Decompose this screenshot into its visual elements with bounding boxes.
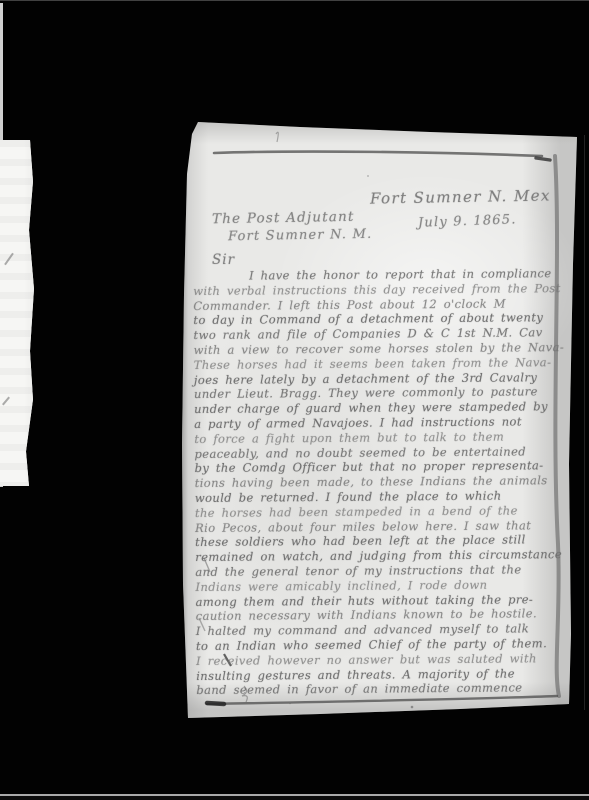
- addressee-line2: Fort Sumner N. M.: [228, 227, 373, 245]
- manuscript-line: tions having been made, to these Indians…: [195, 473, 567, 491]
- manuscript-line: I halted my command and advanced myself …: [196, 621, 568, 639]
- microfilm-scan: Fort Sumner N. Mex July 9. 1865. The Pos…: [0, 0, 589, 800]
- speck: [367, 175, 369, 177]
- adjacent-page-strip: [0, 140, 36, 486]
- film-bottom-band: [0, 796, 589, 800]
- heading-place: Fort Sumner N. Mex: [370, 186, 551, 207]
- top-fold-corner-mark: [536, 158, 550, 160]
- manuscript-line: band seemed in favor of an immediate com…: [196, 680, 568, 698]
- manuscript-line: peaceably, and no doubt seemed to be ent…: [194, 444, 566, 462]
- manuscript-line: under Lieut. Bragg. They were commonly t…: [194, 384, 566, 402]
- manuscript-line: Rio Pecos, about four miles below here. …: [195, 518, 567, 536]
- manuscript-line: These horses had it seems been taken fro…: [194, 355, 566, 373]
- letter-page: Fort Sumner N. Mex July 9. 1865. The Pos…: [180, 114, 580, 720]
- heading-date: July 9. 1865.: [418, 212, 517, 230]
- manuscript-line: Commander. I left this Post about 12 o'c…: [193, 296, 565, 314]
- top-fold-line: [214, 152, 542, 156]
- addressee-line1: The Post Adjutant: [212, 209, 355, 227]
- film-right-faint-line: [584, 135, 585, 710]
- manuscript-line: Indians were amicably inclined, I rode d…: [195, 577, 567, 595]
- film-top-edge-line: [0, 0, 589, 1]
- bottom-fold-heavy-dash: [207, 703, 224, 704]
- manuscript-body: I have the honor to report that in compl…: [193, 266, 568, 698]
- manuscript-line: I received however no answer but was sal…: [196, 651, 568, 669]
- speck: [289, 702, 291, 704]
- salutation: Sir: [212, 252, 235, 268]
- speck: [411, 706, 414, 709]
- pen-mark: [276, 132, 278, 142]
